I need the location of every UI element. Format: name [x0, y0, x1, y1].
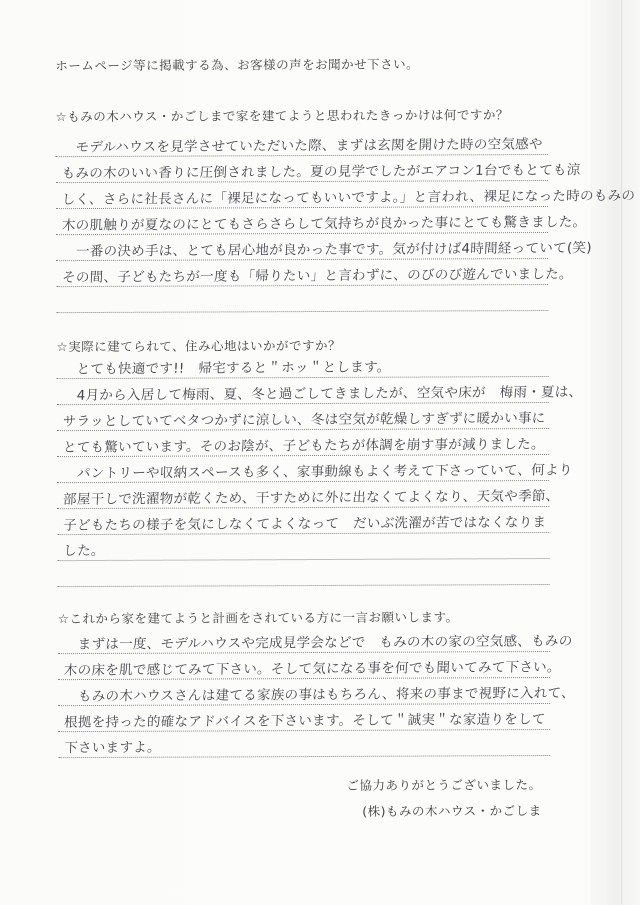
- handwritten-line: 4月から入居して梅雨、夏、冬と過ごしてきましたが、空気や床が 梅雨・夏は、: [57, 377, 549, 405]
- handwritten-line: 根拠を持った的確なアドバイスを下さいます。そして＂誠実＂な家造りをして: [58, 704, 550, 732]
- handwritten-line: 部屋干しで洗濯物が乾くため、干すために外に出なくてよくなり、天気や季節、: [57, 481, 549, 509]
- ruled-line-empty: [56, 285, 548, 313]
- handwritten-line: 子どもたちの様子を気にしなくてよくなって だいぶ洗濯が苦ではなくなりま: [57, 507, 549, 535]
- closing-thanks-text: ご協力ありがとうございました。: [346, 775, 541, 794]
- handwritten-line: サラッとしていてベタつかずに涼しい、冬は空気が乾燥しすぎずに暖かい事に: [57, 403, 549, 431]
- question-3: ☆これから家を建てようと計画をされている方に一言お願いします。: [58, 607, 459, 627]
- handwritten-line: とても驚いています。そのお陰が、子どもたちが体調を崩す事が減りました。: [57, 429, 549, 457]
- handwritten-line: した。: [57, 533, 549, 561]
- company-name: (株)もみの木ハウス・かごしま: [362, 801, 541, 820]
- handwritten-line: 木の床を肌で感じてみて下さい。そして気になる事を何でも聞いてみて下さい。: [58, 652, 550, 680]
- intro-text: ホームページ等に掲載する為、お客様の声をお聞かせ下さい。: [55, 55, 419, 75]
- handwritten-line: モデルハウスを見学させていただいた際、まずは玄関を開けた時の空気感や: [56, 129, 548, 157]
- page-content: ホームページ等に掲載する為、お客様の声をお聞かせ下さい。 ☆もみの木ハウス・かご…: [0, 0, 640, 905]
- handwritten-line: もみの木ハウスさんは建てる家族の事はもちろん、将来の事まで視野に入れて、: [58, 678, 550, 706]
- question-1: ☆もみの木ハウス・かごしまで家を建てようと思われたきっかけは何ですか？: [55, 105, 508, 125]
- scanned-questionnaire-sheet: ホームページ等に掲載する為、お客様の声をお聞かせ下さい。 ☆もみの木ハウス・かご…: [0, 0, 640, 905]
- answer-block-1: モデルハウスを見学させていただいた際、まずは玄関を開けた時の空気感や もみの木の…: [56, 129, 549, 313]
- handwritten-line: しく、さらに社長さんに「裸足になってもいいですよ。」と言われ、裸足になった時のも…: [56, 181, 548, 209]
- handwritten-line: その間、子どもたちが一度も「帰りたい」と言わずに、のびのび遊んでいました。: [56, 259, 548, 287]
- handwritten-line: もみの木のいい香りに圧倒されました。夏の見学でしたがエアコン1台でもとても涼: [56, 155, 548, 183]
- answer-block-3: まずは一度、モデルハウスや完成見学会などで もみの木の家の空気感、もみの 木の床…: [58, 626, 551, 758]
- handwritten-line: 下さいますよ。: [58, 730, 550, 758]
- handwritten-line: とても快適です!! 帰宅すると＂ホッ＂とします。: [57, 351, 549, 379]
- handwritten-line: パントリーや収納スペースも多く、家事動線もよく考えて下さっていて、何より: [57, 455, 549, 483]
- handwritten-line: 一番の決め手は、とても居心地が良かった事です。気が付けば4時間経っていて(笑): [56, 233, 548, 261]
- answer-block-2: とても快適です!! 帰宅すると＂ホッ＂とします。 4月から入居して梅雨、夏、冬と…: [57, 351, 550, 587]
- handwritten-line: まずは一度、モデルハウスや完成見学会などで もみの木の家の空気感、もみの: [58, 626, 550, 654]
- handwritten-line: 木の肌触りが夏なのにとてもさらさらして気持ちが良かった事にとても驚きました。: [56, 207, 548, 235]
- ruled-line-empty: [57, 559, 549, 587]
